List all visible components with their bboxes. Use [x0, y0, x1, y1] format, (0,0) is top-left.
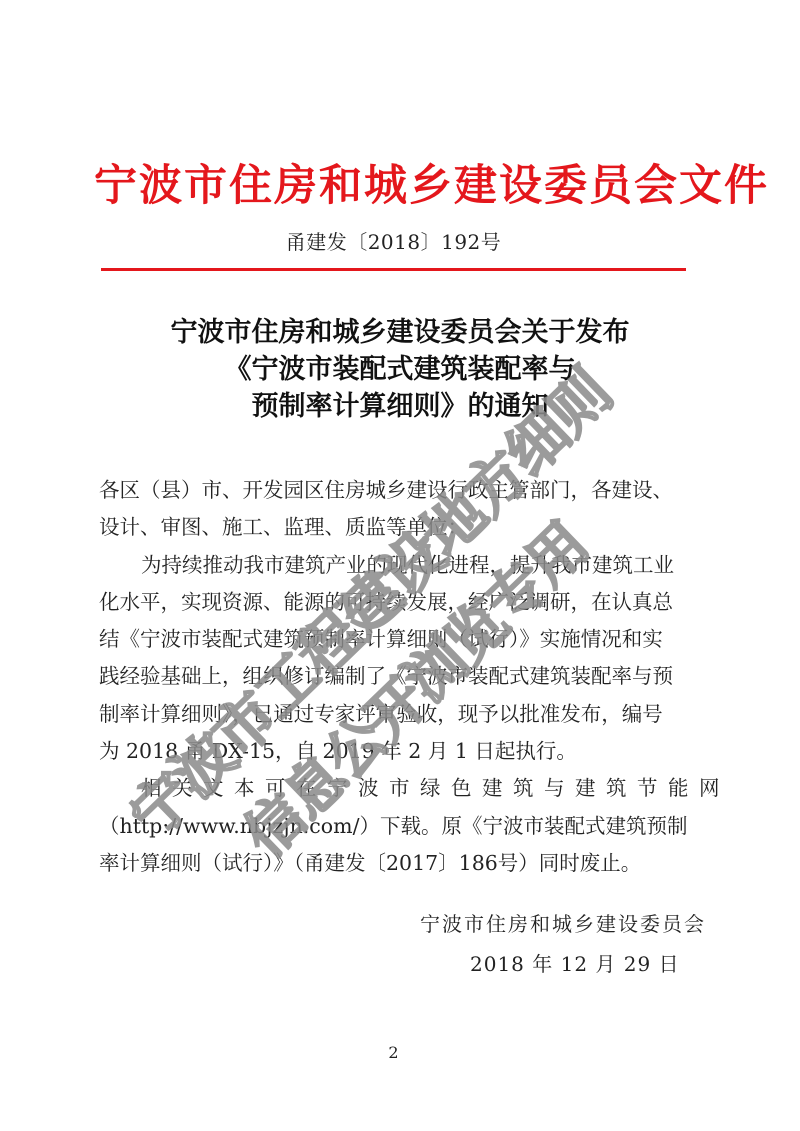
document-page: 宁波市住房和城乡建设委员会文件 甬建发〔2018〕192号 宁波市住房和城乡建设…	[0, 0, 800, 1131]
issuer-signature: 宁波市住房和城乡建设委员会	[420, 908, 700, 937]
body-line: 结《宁波市装配式建筑预制率计算细则（试行）》实施情况和实	[99, 621, 705, 658]
body-line: 为 2018 甬 DX-15，自 2019 年 2 月 1 日起执行。	[99, 733, 705, 770]
notice-title: 宁波市住房和城乡建设委员会关于发布 《宁波市装配式建筑装配率与 预制率计算细则》…	[100, 314, 700, 425]
body-line: 率计算细则（试行）》（甬建发〔2017〕186号）同时废止。	[99, 845, 705, 882]
notice-body: 各区（县）市、开发园区住房城乡建设行政主管部门，各建设、 设计、审图、施工、监理…	[99, 472, 705, 882]
issuing-authority-header: 宁波市住房和城乡建设委员会文件	[94, 158, 706, 214]
notice-title-line: 预制率计算细则》的通知	[100, 388, 700, 425]
document-number: 甬建发〔2018〕192号	[0, 226, 787, 255]
notice-title-line: 宁波市住房和城乡建设委员会关于发布	[100, 314, 700, 351]
body-line: 设计、审图、施工、监理、质监等单位：	[99, 509, 705, 546]
red-divider-line	[101, 268, 686, 271]
page-number: 2	[0, 1043, 787, 1062]
issue-date: 2018 年 12 月 29 日	[470, 948, 710, 977]
body-line: 制率计算细则》，已通过专家评审验收，现予以批准发布，编号	[99, 696, 705, 733]
notice-title-line: 《宁波市装配式建筑装配率与	[100, 351, 700, 388]
body-line: （http://www.nbjzjn.com/）下载。原《宁波市装配式建筑预制	[99, 808, 705, 845]
body-line: 相关文本可在宁波市绿色建筑与建筑节能网	[99, 770, 705, 807]
body-line: 践经验基础上，组织修订编制了《宁波市装配式建筑装配率与预	[99, 658, 705, 695]
body-line: 化水平，实现资源、能源的可持续发展，经广泛调研，在认真总	[99, 584, 705, 621]
body-line: 为持续推动我市建筑产业的现代化进程，提升我市建筑工业	[99, 547, 705, 584]
body-line: 各区（县）市、开发园区住房城乡建设行政主管部门，各建设、	[99, 472, 705, 509]
